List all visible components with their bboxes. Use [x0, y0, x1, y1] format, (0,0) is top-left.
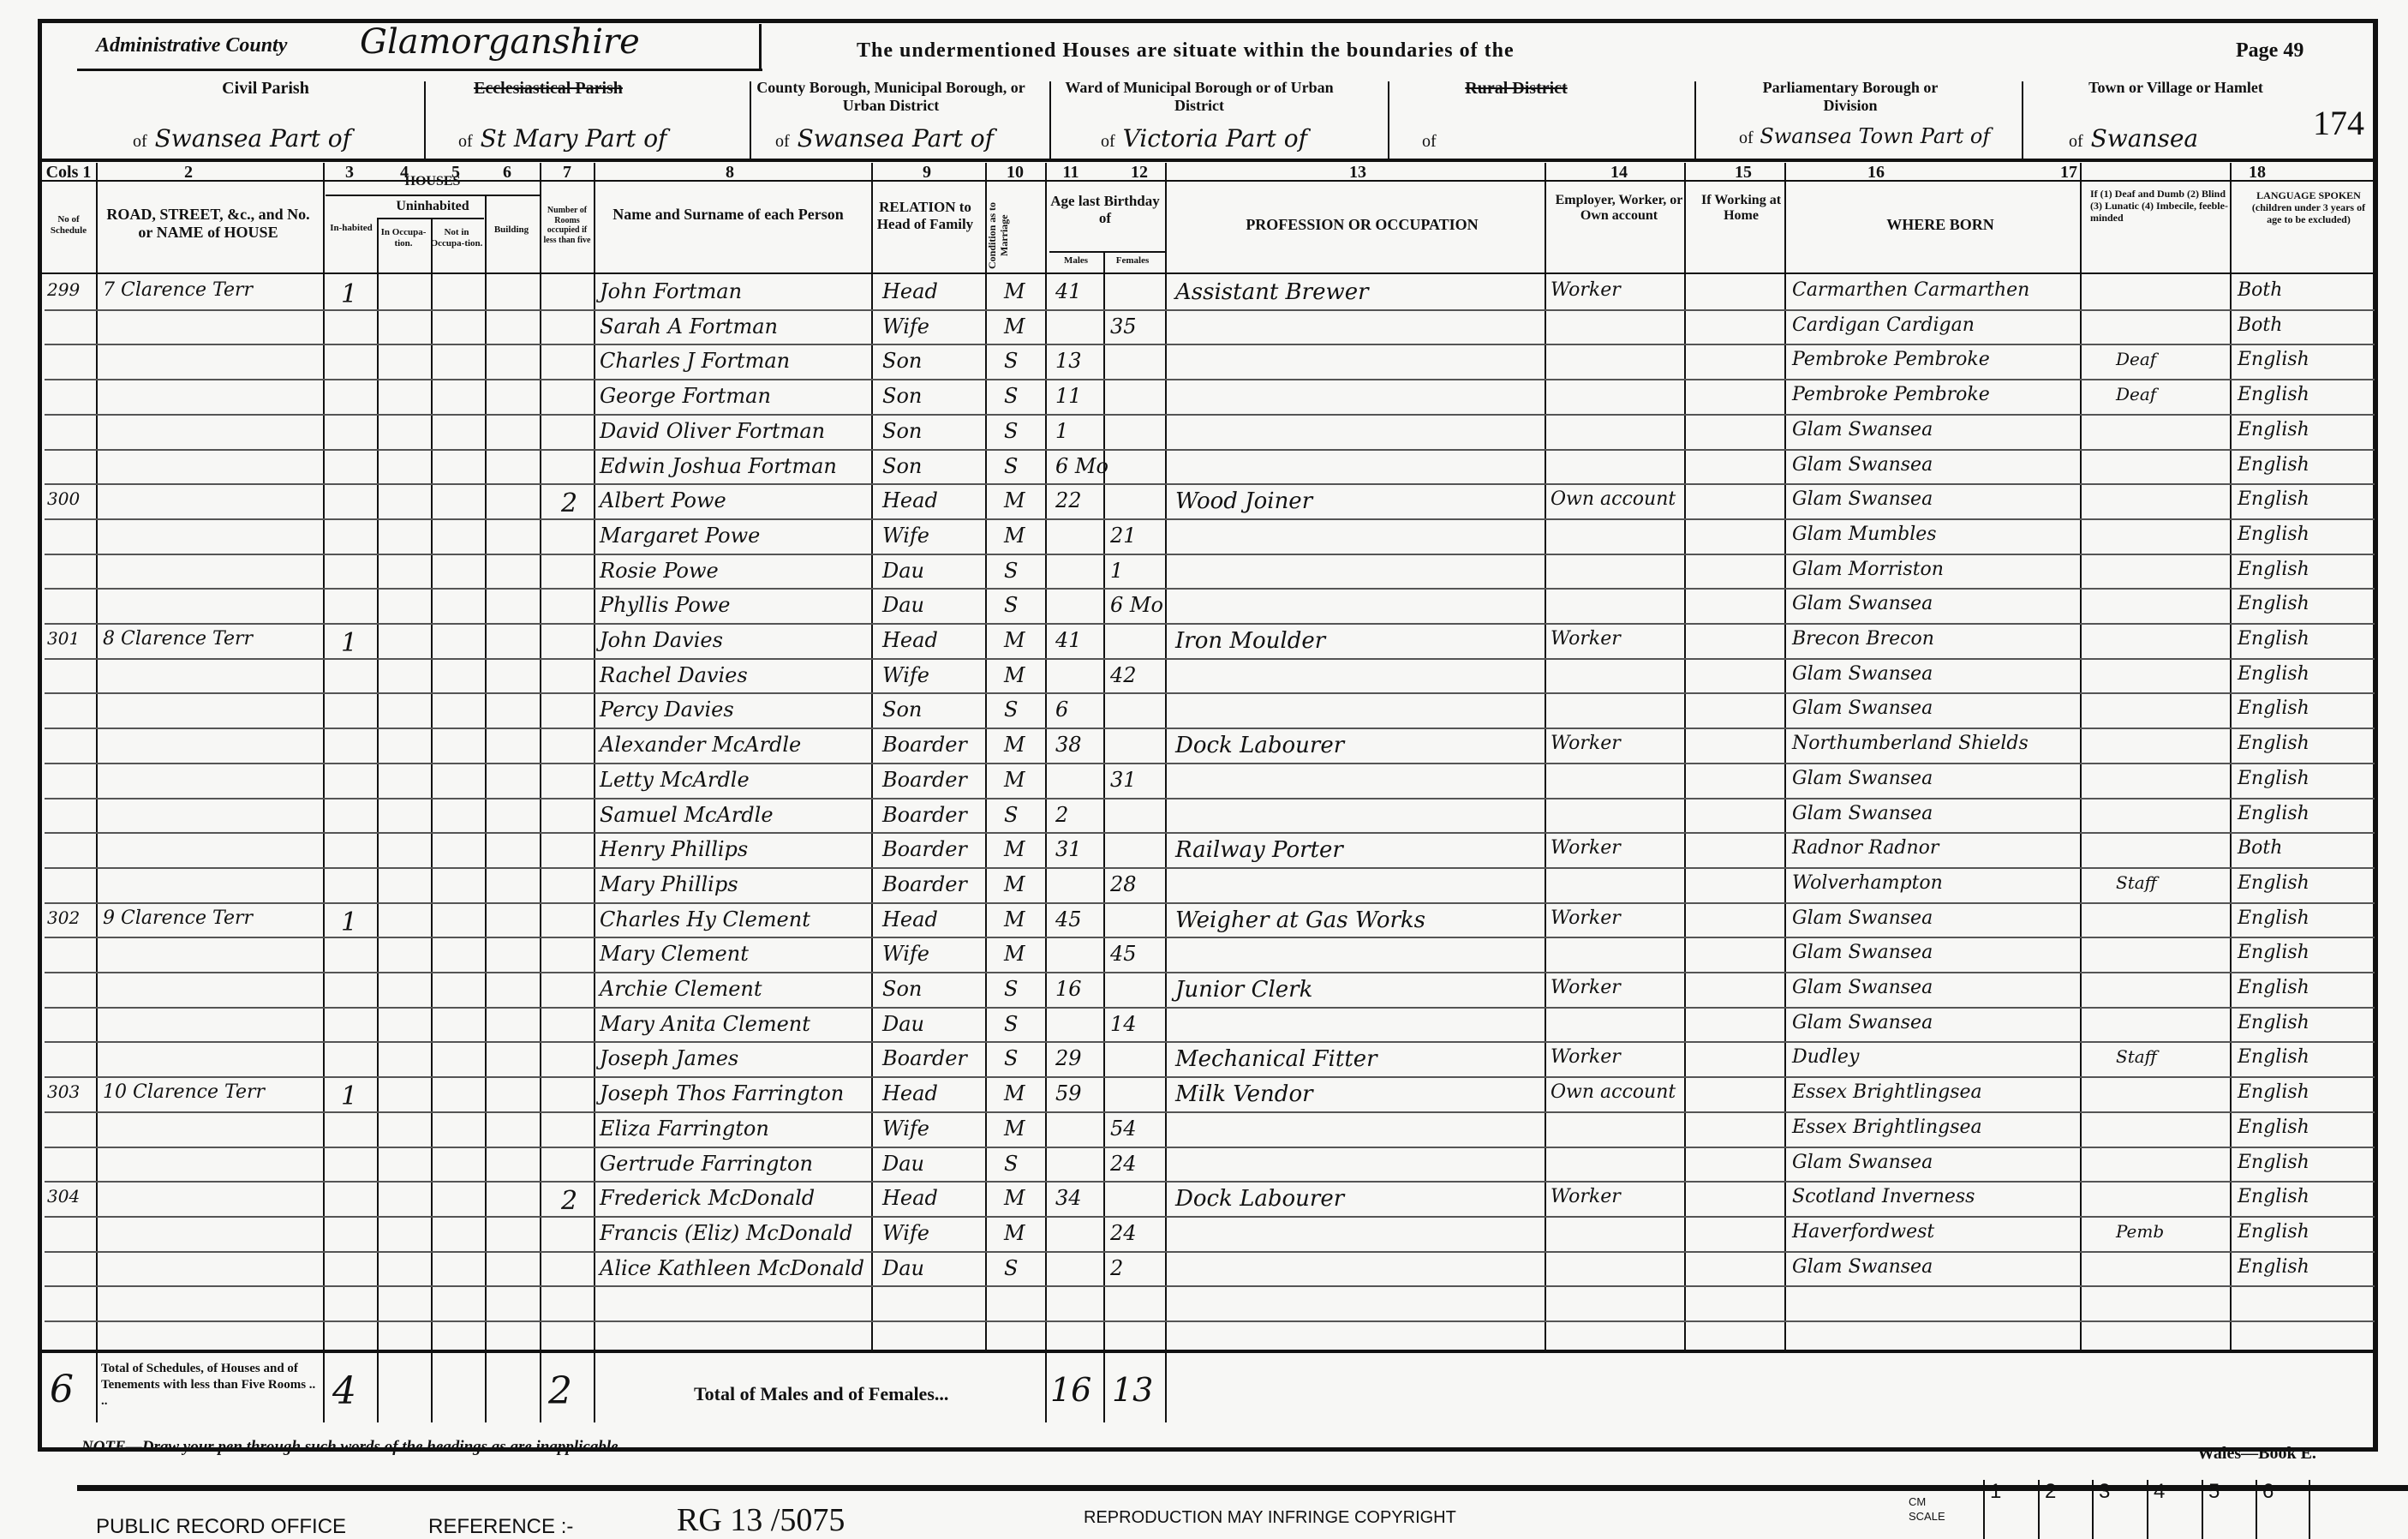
occupation: Assistant Brewer: [1175, 279, 1369, 310]
language: English: [2238, 942, 2309, 973]
condition: M: [1004, 733, 1025, 764]
age-male: 41: [1055, 279, 1082, 310]
rooms-count: 2: [561, 488, 577, 519]
language: English: [2238, 1221, 2309, 1252]
language: English: [2238, 733, 2309, 764]
language: Both: [2238, 279, 2282, 310]
table-row: Joseph JamesBoarderS29Mechanical FitterW…: [42, 1043, 2372, 1077]
relation: Boarder: [882, 872, 967, 903]
district-value-rural-district: of: [1422, 124, 1437, 153]
inhabited-count: 1: [341, 907, 357, 938]
birthplace: Glam Mumbles: [1792, 524, 1937, 554]
town-value: Swansea: [2091, 124, 2199, 153]
person-name: Phyllis Powe: [600, 593, 731, 624]
age-male: 38: [1055, 733, 1082, 764]
age-female: 54: [1110, 1117, 1137, 1147]
district-value-ward: of Victoria Part of: [1101, 124, 1307, 153]
condition: M: [1004, 628, 1025, 659]
condition: M: [1004, 1081, 1025, 1112]
row-rule: [45, 1285, 2375, 1287]
head-building: Building: [485, 225, 538, 236]
birthplace: Glam Swansea: [1792, 977, 1933, 1008]
head-employer: Employer, Worker, or Own account: [1551, 193, 1688, 225]
language: English: [2238, 628, 2309, 659]
relation: Wife: [882, 524, 929, 554]
head-no-of-schedule: No of Schedule: [43, 214, 94, 236]
birthplace: Pembroke Pembroke: [1792, 349, 1990, 380]
language: English: [2238, 488, 2309, 519]
age-female: 24: [1110, 1221, 1137, 1252]
relation: Head: [882, 488, 938, 519]
person-name: David Oliver Fortman: [600, 419, 825, 450]
person-name: Alice Kathleen McDonald: [600, 1256, 864, 1287]
head-inhabited: In-habited: [326, 223, 377, 234]
age-male: 34: [1055, 1186, 1082, 1217]
language: English: [2238, 698, 2309, 728]
language: English: [2238, 1152, 2309, 1183]
person-name: Albert Powe: [600, 488, 726, 519]
of-label: of: [2069, 132, 2083, 151]
infirmity: Deaf: [2116, 349, 2156, 380]
census-sheet: Administrative County Glamorganshire The…: [0, 0, 2408, 1539]
condition: S: [1004, 384, 1018, 415]
relation: Wife: [882, 663, 929, 694]
relation: Head: [882, 1186, 938, 1217]
ecclesiastical-parish-value: St Mary Part of: [481, 124, 667, 153]
person-name: John Fortman: [600, 279, 742, 310]
condition: S: [1004, 803, 1018, 834]
relation: Dau: [882, 1152, 924, 1183]
age-male: 2: [1055, 803, 1068, 834]
condition: S: [1004, 419, 1018, 450]
condition: S: [1004, 1152, 1018, 1183]
of-label: of: [133, 132, 147, 151]
birthplace: Northumberland Shields: [1792, 733, 2029, 764]
condition: M: [1004, 872, 1025, 903]
table-row: Sarah A FortmanWifeM35Cardigan CardiganB…: [42, 311, 2372, 345]
relation: Son: [882, 384, 922, 415]
table-row: 2997 Clarence Terr1John FortmanHeadM41As…: [42, 276, 2372, 310]
birthplace: Glam Swansea: [1792, 768, 1933, 799]
of-label: of: [1739, 129, 1754, 147]
district-value-parliamentary-borough: of Swansea Town Part of: [1739, 124, 1990, 148]
condition: S: [1004, 593, 1018, 624]
language: English: [2238, 454, 2309, 485]
relation: Son: [882, 977, 922, 1008]
age-female: 21: [1110, 524, 1137, 554]
relation: Boarder: [882, 1046, 967, 1077]
age-female: 35: [1110, 314, 1137, 345]
condition: M: [1004, 1221, 1025, 1252]
person-name: Samuel McArdle: [600, 803, 774, 834]
language: Both: [2238, 314, 2282, 345]
age-male: 1: [1055, 419, 1068, 450]
scale-tick-3: 3: [2092, 1480, 2147, 1539]
age-male: 6 Mo: [1055, 454, 1108, 485]
table-row: David Oliver FortmanSonS1Glam SwanseaEng…: [42, 416, 2372, 450]
infirmity: Pemb: [2116, 1221, 2164, 1252]
relation: Boarder: [882, 837, 967, 868]
scale-tick-4: 4: [2147, 1480, 2202, 1539]
relation: Head: [882, 907, 938, 938]
head-infirmity: If (1) Deaf and Dumb (2) Blind (3) Lunat…: [2090, 189, 2236, 224]
totals-schedules-label: Total of Schedules, of Houses and of Ten…: [101, 1361, 320, 1409]
table-row: Alice Kathleen McDonaldDauS2Glam Swansea…: [42, 1253, 2372, 1287]
address: 8 Clarence Terr: [103, 628, 253, 659]
relation: Son: [882, 698, 922, 728]
district-label-county-borough: County Borough, Municipal Borough, or Ur…: [754, 79, 1028, 115]
birthplace: Glam Swansea: [1792, 698, 1933, 728]
person-name: Rachel Davies: [600, 663, 748, 694]
page-number: 49: [2283, 39, 2303, 62]
district-value-ecclesiastical-parish: of St Mary Part of: [458, 124, 666, 153]
page-label: Page 49: [2236, 39, 2303, 63]
schedule-number: 302: [47, 907, 80, 938]
table-row: Phyllis PoweDauS6 MoGlam SwanseaEnglish: [42, 590, 2372, 624]
age-female: 14: [1110, 1012, 1137, 1043]
rooms-count: 2: [561, 1186, 577, 1217]
table-row: Edwin Joshua FortmanSonS6 MoGlam Swansea…: [42, 451, 2372, 485]
person-name: Alexander McArdle: [600, 733, 801, 764]
birthplace: Essex Brightlingsea: [1792, 1081, 1982, 1112]
occupation: Railway Porter: [1175, 837, 1343, 868]
language: English: [2238, 663, 2309, 694]
district-label-rural-district: Rural District: [1422, 79, 1610, 99]
district-divider: [424, 81, 426, 159]
age-male: 6: [1055, 698, 1068, 728]
table-row: 3042Frederick McDonaldHeadM34Dock Labour…: [42, 1183, 2372, 1217]
county-underline: [77, 69, 762, 71]
inhabited-count: 1: [341, 1081, 357, 1112]
county-box-edge: [759, 24, 762, 71]
age-female: 42: [1110, 663, 1137, 694]
language: English: [2238, 1256, 2309, 1287]
table-row: George FortmanSonS11Pembroke PembrokeDea…: [42, 380, 2372, 415]
birthplace: Scotland Inverness: [1792, 1186, 1975, 1217]
table-row: Percy DaviesSonS6Glam SwanseaEnglish: [42, 694, 2372, 728]
heading-rule: [42, 272, 2374, 274]
person-name: Joseph James: [600, 1046, 738, 1077]
scale-label-cm: CM: [1909, 1495, 1945, 1510]
header-rule: [42, 159, 2374, 162]
address: 9 Clarence Terr: [103, 907, 253, 938]
employer-status: Worker: [1551, 837, 1621, 868]
language: English: [2238, 349, 2309, 380]
table-row: Henry PhillipsBoarderM31Railway PorterWo…: [42, 834, 2372, 868]
admin-county-label: Administrative County: [96, 34, 287, 57]
birthplace: Carmarthen Carmarthen: [1792, 279, 2029, 310]
district-value-town: of Swansea: [2069, 124, 2198, 153]
person-name: Percy Davies: [600, 698, 734, 728]
footer-reference: RG 13 /5075: [677, 1501, 845, 1539]
head-not-in-occupation: Not in Occupa-tion.: [430, 227, 483, 249]
condition: S: [1004, 1012, 1018, 1043]
relation: Dau: [882, 1012, 924, 1043]
person-name: John Davies: [600, 628, 723, 659]
district-label-civil-parish: Civil Parish: [180, 79, 351, 99]
employer-status: Own account: [1551, 1081, 1676, 1112]
occupation: Dock Labourer: [1175, 1186, 1344, 1217]
condition: M: [1004, 488, 1025, 519]
condition: S: [1004, 977, 1018, 1008]
relation: Son: [882, 349, 922, 380]
language: Both: [2238, 837, 2282, 868]
person-name: Charles J Fortman: [600, 349, 790, 380]
age-female: 31: [1110, 768, 1137, 799]
birthplace: Haverfordwest: [1792, 1221, 1934, 1252]
age-male: 29: [1055, 1046, 1082, 1077]
condition: S: [1004, 698, 1018, 728]
head-age: Age last Birthday of: [1049, 193, 1161, 226]
condition: M: [1004, 663, 1025, 694]
houses-rule: [326, 195, 540, 196]
head-rooms: Number of Rooms occupied if less than fi…: [541, 206, 593, 245]
table-row: Mary ClementWifeM45Glam SwanseaEnglish: [42, 938, 2372, 973]
age-male: 16: [1055, 977, 1082, 1008]
language: English: [2238, 524, 2309, 554]
birthplace: Essex Brightlingsea: [1792, 1117, 1982, 1147]
head-occupation: PROFESSION OR OCCUPATION: [1174, 216, 1551, 234]
birthplace: Glam Swansea: [1792, 1152, 1933, 1183]
age-female: 45: [1110, 942, 1137, 973]
address: 7 Clarence Terr: [103, 279, 253, 310]
relation: Dau: [882, 559, 924, 590]
footnote: NOTE—Draw your pen through such words of…: [81, 1438, 622, 1457]
schedule-number: 300: [47, 488, 80, 519]
relation: Boarder: [882, 733, 967, 764]
district-label-ecclesiastical-parish: Ecclesiastical Parish: [450, 79, 647, 99]
table-row: Letty McArdleBoarderM31Glam SwanseaEngli…: [42, 764, 2372, 799]
language: English: [2238, 419, 2309, 450]
head-where-born: WHERE BORN: [1795, 216, 2086, 234]
of-label: of: [1101, 132, 1115, 151]
age-female: 24: [1110, 1152, 1137, 1183]
district-divider: [1694, 81, 1696, 159]
person-name: Mary Anita Clement: [600, 1012, 810, 1043]
ward-value: Victoria Part of: [1123, 124, 1307, 153]
age-male: 11: [1055, 384, 1082, 415]
district-divider: [2022, 81, 2023, 159]
person-name: Edwin Joshua Fortman: [600, 454, 837, 485]
row-rule: [45, 1320, 2375, 1322]
table-row: 3018 Clarence Terr1John DaviesHeadM41Iro…: [42, 625, 2372, 659]
district-divider: [1388, 81, 1389, 159]
relation: Wife: [882, 314, 929, 345]
language: English: [2238, 1117, 2309, 1147]
footer-office: PUBLIC RECORD OFFICE: [96, 1515, 346, 1539]
age-male: 41: [1055, 628, 1082, 659]
employer-status: Worker: [1551, 733, 1621, 764]
head-road-street: ROAD, STREET, &c., and No. or NAME of HO…: [101, 206, 315, 241]
table-row: Rachel DaviesWifeM42Glam SwanseaEnglish: [42, 660, 2372, 694]
employer-status: Worker: [1551, 977, 1621, 1008]
condition: S: [1004, 1046, 1018, 1077]
head-language: LANGUAGE SPOKEN (children under 3 years …: [2244, 190, 2373, 225]
of-label: of: [1422, 132, 1437, 151]
language: English: [2238, 803, 2309, 834]
age-female: 1: [1110, 559, 1123, 590]
birthplace: Glam Swansea: [1792, 454, 1933, 485]
totals-rule: [42, 1350, 2374, 1353]
employer-status: Worker: [1551, 279, 1621, 310]
condition: M: [1004, 942, 1025, 973]
scale-tick-2: 2: [2038, 1480, 2092, 1539]
birthplace: Glam Swansea: [1792, 488, 1933, 519]
condition: M: [1004, 837, 1025, 868]
infirmity: Staff: [2116, 1046, 2157, 1077]
infirmity: Staff: [2116, 872, 2157, 903]
age-male: 59: [1055, 1081, 1082, 1112]
employer-status: Own account: [1551, 488, 1676, 519]
condition: M: [1004, 524, 1025, 554]
head-in-occupation: In Occupa-tion.: [377, 227, 430, 249]
birthplace: Glam Swansea: [1792, 593, 1933, 624]
district-label-ward: Ward of Municipal Borough or of Urban Di…: [1062, 79, 1336, 115]
language: English: [2238, 907, 2309, 938]
total-rooms: 2: [548, 1369, 572, 1413]
birthplace: Glam Swansea: [1792, 1256, 1933, 1287]
folio-number: 174: [2313, 103, 2364, 143]
birthplace: Glam Swansea: [1792, 907, 1933, 938]
district-value-civil-parish: of Swansea Part of: [133, 124, 351, 153]
occupation: Dock Labourer: [1175, 733, 1344, 764]
age-rule: [1049, 251, 1165, 253]
relation: Son: [882, 419, 922, 450]
person-name: Letty McArdle: [600, 768, 750, 799]
person-name: Joseph Thos Farrington: [600, 1081, 844, 1112]
person-name: Charles Hy Clement: [600, 907, 810, 938]
head-females: Females: [1105, 255, 1160, 266]
birthplace: Dudley: [1792, 1046, 1859, 1077]
condition: S: [1004, 454, 1018, 485]
employer-status: Worker: [1551, 1046, 1621, 1077]
scale-tick-6: 6: [2256, 1480, 2310, 1539]
relation: Boarder: [882, 803, 967, 834]
person-name: Frederick McDonald: [600, 1186, 815, 1217]
language: English: [2238, 593, 2309, 624]
district-divider: [1049, 81, 1051, 159]
book-label: Wales—Book E.: [2197, 1444, 2316, 1464]
scale-label-scale: SCALE: [1909, 1510, 1945, 1524]
person-name: Mary Clement: [600, 942, 749, 973]
table-row: Eliza FarringtonWifeM54Essex Brightlings…: [42, 1113, 2372, 1147]
head-houses: HOUSES: [326, 174, 540, 189]
table-row: Samuel McArdleBoarderS2Glam SwanseaEngli…: [42, 799, 2372, 834]
relation: Head: [882, 628, 938, 659]
person-name: Archie Clement: [600, 977, 762, 1008]
occupation: Wood Joiner: [1175, 488, 1312, 519]
relation: Head: [882, 1081, 938, 1112]
table-row: Charles J FortmanSonS13Pembroke Pembroke…: [42, 345, 2372, 380]
totals-persons-label: Total of Males and of Females...: [694, 1383, 948, 1405]
civil-parish-value: Swansea Part of: [155, 124, 351, 153]
language: English: [2238, 872, 2309, 903]
inhabited-count: 1: [341, 628, 357, 659]
condition: S: [1004, 349, 1018, 380]
head-condition: Condition as to Marriage: [987, 193, 1038, 278]
condition: M: [1004, 279, 1025, 310]
of-label: of: [458, 132, 473, 151]
age-male: 13: [1055, 349, 1082, 380]
total-males: 16: [1050, 1371, 1091, 1409]
person-name: Gertrude Farrington: [600, 1152, 813, 1183]
person-name: Margaret Powe: [600, 524, 760, 554]
person-name: Rosie Powe: [600, 559, 719, 590]
person-name: George Fortman: [600, 384, 771, 415]
birthplace: Glam Swansea: [1792, 1012, 1933, 1043]
head-males: Males: [1050, 255, 1102, 266]
birthplace: Glam Swansea: [1792, 663, 1933, 694]
person-name: Henry Phillips: [600, 837, 748, 868]
table-row: Mary PhillipsBoarderM28WolverhamptonStaf…: [42, 869, 2372, 903]
birthplace: Glam Morriston: [1792, 559, 1944, 590]
birthplace: Wolverhampton: [1792, 872, 1943, 903]
person-name: Mary Phillips: [600, 872, 738, 903]
occupation: Iron Moulder: [1175, 628, 1325, 659]
table-row: 30310 Clarence Terr1Joseph Thos Farringt…: [42, 1078, 2372, 1112]
condition: M: [1004, 1117, 1025, 1147]
schedule-number: 299: [47, 279, 80, 310]
language: English: [2238, 384, 2309, 415]
birthplace: Brecon Brecon: [1792, 628, 1934, 659]
birthplace: Cardigan Cardigan: [1792, 314, 1975, 345]
district-value-county-borough: of Swansea Part of: [775, 124, 994, 153]
total-inhabited: 4: [332, 1369, 356, 1413]
relation: Dau: [882, 593, 924, 624]
boundaries-heading: The undermentioned Houses are situate wi…: [857, 39, 1515, 63]
condition: M: [1004, 1186, 1025, 1217]
admin-county-value: Glamorganshire: [360, 22, 640, 62]
employer-status: Worker: [1551, 907, 1621, 938]
employer-status: Worker: [1551, 628, 1621, 659]
condition: S: [1004, 1256, 1018, 1287]
table-row: Gertrude FarringtonDauS24Glam SwanseaEng…: [42, 1148, 2372, 1183]
language: English: [2238, 1081, 2309, 1112]
head-uninhabited: Uninhabited: [377, 199, 488, 214]
relation: Wife: [882, 942, 929, 973]
birthplace: Pembroke Pembroke: [1792, 384, 1990, 415]
age-male: 31: [1055, 837, 1082, 868]
age-female: 2: [1110, 1256, 1123, 1287]
relation: Wife: [882, 1221, 929, 1252]
occupation: Weigher at Gas Works: [1175, 907, 1425, 938]
table-row: 3002Albert PoweHeadM22Wood JoinerOwn acc…: [42, 485, 2372, 519]
employer-status: Worker: [1551, 1186, 1621, 1217]
language: English: [2238, 559, 2309, 590]
scale-tick-1: 1: [1983, 1480, 2038, 1539]
age-female: 28: [1110, 872, 1137, 903]
table-row: Francis (Eliz) McDonaldWifeM24Haverfordw…: [42, 1218, 2372, 1252]
district-label-town: Town or Village or Hamlet: [2047, 79, 2304, 97]
language: English: [2238, 977, 2309, 1008]
condition: M: [1004, 314, 1025, 345]
head-name: Name and Surname of each Person: [600, 206, 857, 224]
table-row: Archie ClementSonS16Junior ClerkWorkerGl…: [42, 973, 2372, 1008]
language: English: [2238, 1186, 2309, 1217]
relation: Head: [882, 279, 938, 310]
county-borough-value: Swansea Part of: [798, 124, 994, 153]
person-name: Sarah A Fortman: [600, 314, 778, 345]
occupation: Mechanical Fitter: [1175, 1046, 1377, 1077]
birthplace: Radnor Radnor: [1792, 837, 1939, 868]
schedule-number: 301: [47, 628, 80, 659]
table-row: Alexander McArdleBoarderM38Dock Labourer…: [42, 729, 2372, 764]
scale-tick-5: 5: [2202, 1480, 2256, 1539]
schedule-number: 303: [47, 1081, 80, 1112]
total-females: 13: [1112, 1371, 1153, 1409]
head-working-home: If Working at Home: [1692, 193, 1790, 225]
birthplace: Glam Swansea: [1792, 803, 1933, 834]
